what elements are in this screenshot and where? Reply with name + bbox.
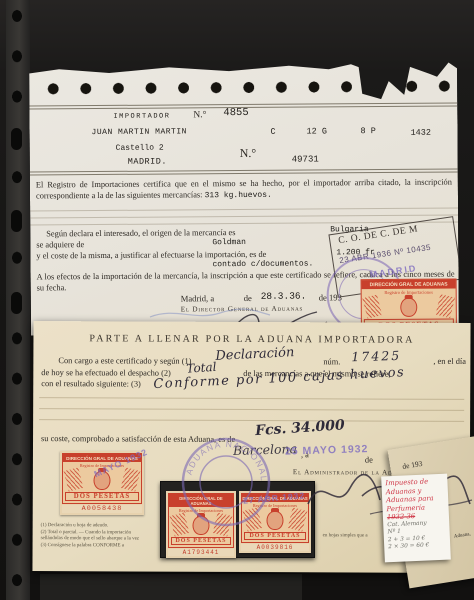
collector-note-card: Impuesto de Aduanas y Aduanas para Perfu… [381, 474, 451, 563]
line1-end: , en el día [433, 357, 466, 368]
palm-frond-icon [362, 295, 382, 319]
line1-handwriting: Declaración [215, 345, 295, 364]
certificate-number: 49731 [292, 154, 319, 164]
stamp-serial: A0039816 [241, 544, 309, 551]
faint-blue-scribble [145, 305, 275, 323]
line3-pre: con el resultado siguiente: (3) [41, 379, 141, 390]
supplier-value: Goldman [212, 238, 246, 247]
rule-line [30, 208, 458, 212]
rule-line [39, 397, 464, 400]
shield-icon [400, 298, 417, 317]
footnotes-block: (1) Declaración u hoja de adeudo. (2) To… [41, 523, 140, 550]
importer-name: JUAN MARTIN MARTIN [92, 127, 187, 137]
line2-pre: de hoy se ha efectuado el despacho (2) [41, 368, 171, 379]
code-8p: 8 P [361, 126, 376, 136]
svg-text:ADUANA NACIONAL: ADUANA NACIONAL [184, 439, 269, 483]
stamp-value: DOS PESETAS [244, 532, 306, 540]
certification-paragraph: El Registro de Importaciones certifica q… [36, 178, 452, 203]
line1-mid: núm. [323, 357, 340, 368]
rule-line [39, 419, 464, 422]
supplier-line: se adquiere de [36, 240, 84, 251]
stamp-value: DOS PESETAS [65, 492, 139, 501]
declaration-number: 17425 [351, 348, 401, 365]
origin-line: Según declara el interesado, el origen d… [46, 228, 235, 240]
binder-oval-hole [11, 128, 22, 150]
payment-terms: contado c/documentos. [212, 260, 313, 270]
palm-frond-icon [436, 294, 456, 318]
palm-frond-icon [64, 467, 84, 491]
stamp-emblem [362, 295, 456, 319]
rule-line [30, 215, 458, 219]
rule-line [30, 172, 458, 176]
goods-value: 313 kg.huevos. [205, 190, 272, 199]
palm-frond-icon [121, 467, 141, 491]
registration-number: 4855 [223, 107, 248, 119]
stamp-serial: A1793441 [168, 549, 234, 556]
importer-address: Castello 2 [116, 144, 164, 153]
punch-hole-row [43, 80, 453, 96]
aduana-nacional-circular-stamp: ADUANA NACIONAL [180, 436, 272, 528]
stamp-serial: A0058438 [62, 505, 142, 513]
corner-aduana-fragment: Aduana, [453, 530, 471, 543]
no2-label: N.° [240, 148, 257, 159]
binder-oval-hole [11, 210, 22, 232]
album-page-photo: IMPORTADOR N.° 4855 JUAN MARTIN MARTIN C… [0, 0, 474, 600]
album-pocket-strip [40, 574, 302, 600]
doc2-title: PARTE A LLENAR POR LA ADUANA IMPORTADORA [33, 333, 470, 346]
stamp-value: DOS PESETAS [171, 537, 231, 545]
importador-label: IMPORTADOR [113, 113, 170, 121]
code-1432: 1432 [411, 128, 431, 138]
rule-line [39, 408, 464, 411]
code-c: C [271, 127, 276, 137]
circular-stamp-text: ADUANA NACIONAL [184, 439, 269, 483]
footnote-3: (3) Consígnese la palabra CONFORME a [41, 543, 139, 550]
code-12g: 12 G [307, 126, 327, 136]
footnote-fragment: en hojas simples que a [323, 533, 368, 538]
import-certificate-document: IMPORTADOR N.° 4855 JUAN MARTIN MARTIN C… [29, 61, 459, 336]
line1-pre: Con cargo a este certificado y según (1) [58, 356, 191, 367]
no-label: N.° [193, 110, 206, 121]
note-pencil-line: 2 × 30 = 60 € [388, 542, 448, 552]
purple-date-stamp: 25 MAYO 1932 [285, 443, 369, 458]
binder-oval-hole [11, 292, 22, 314]
importer-city: MADRID. [128, 157, 167, 167]
